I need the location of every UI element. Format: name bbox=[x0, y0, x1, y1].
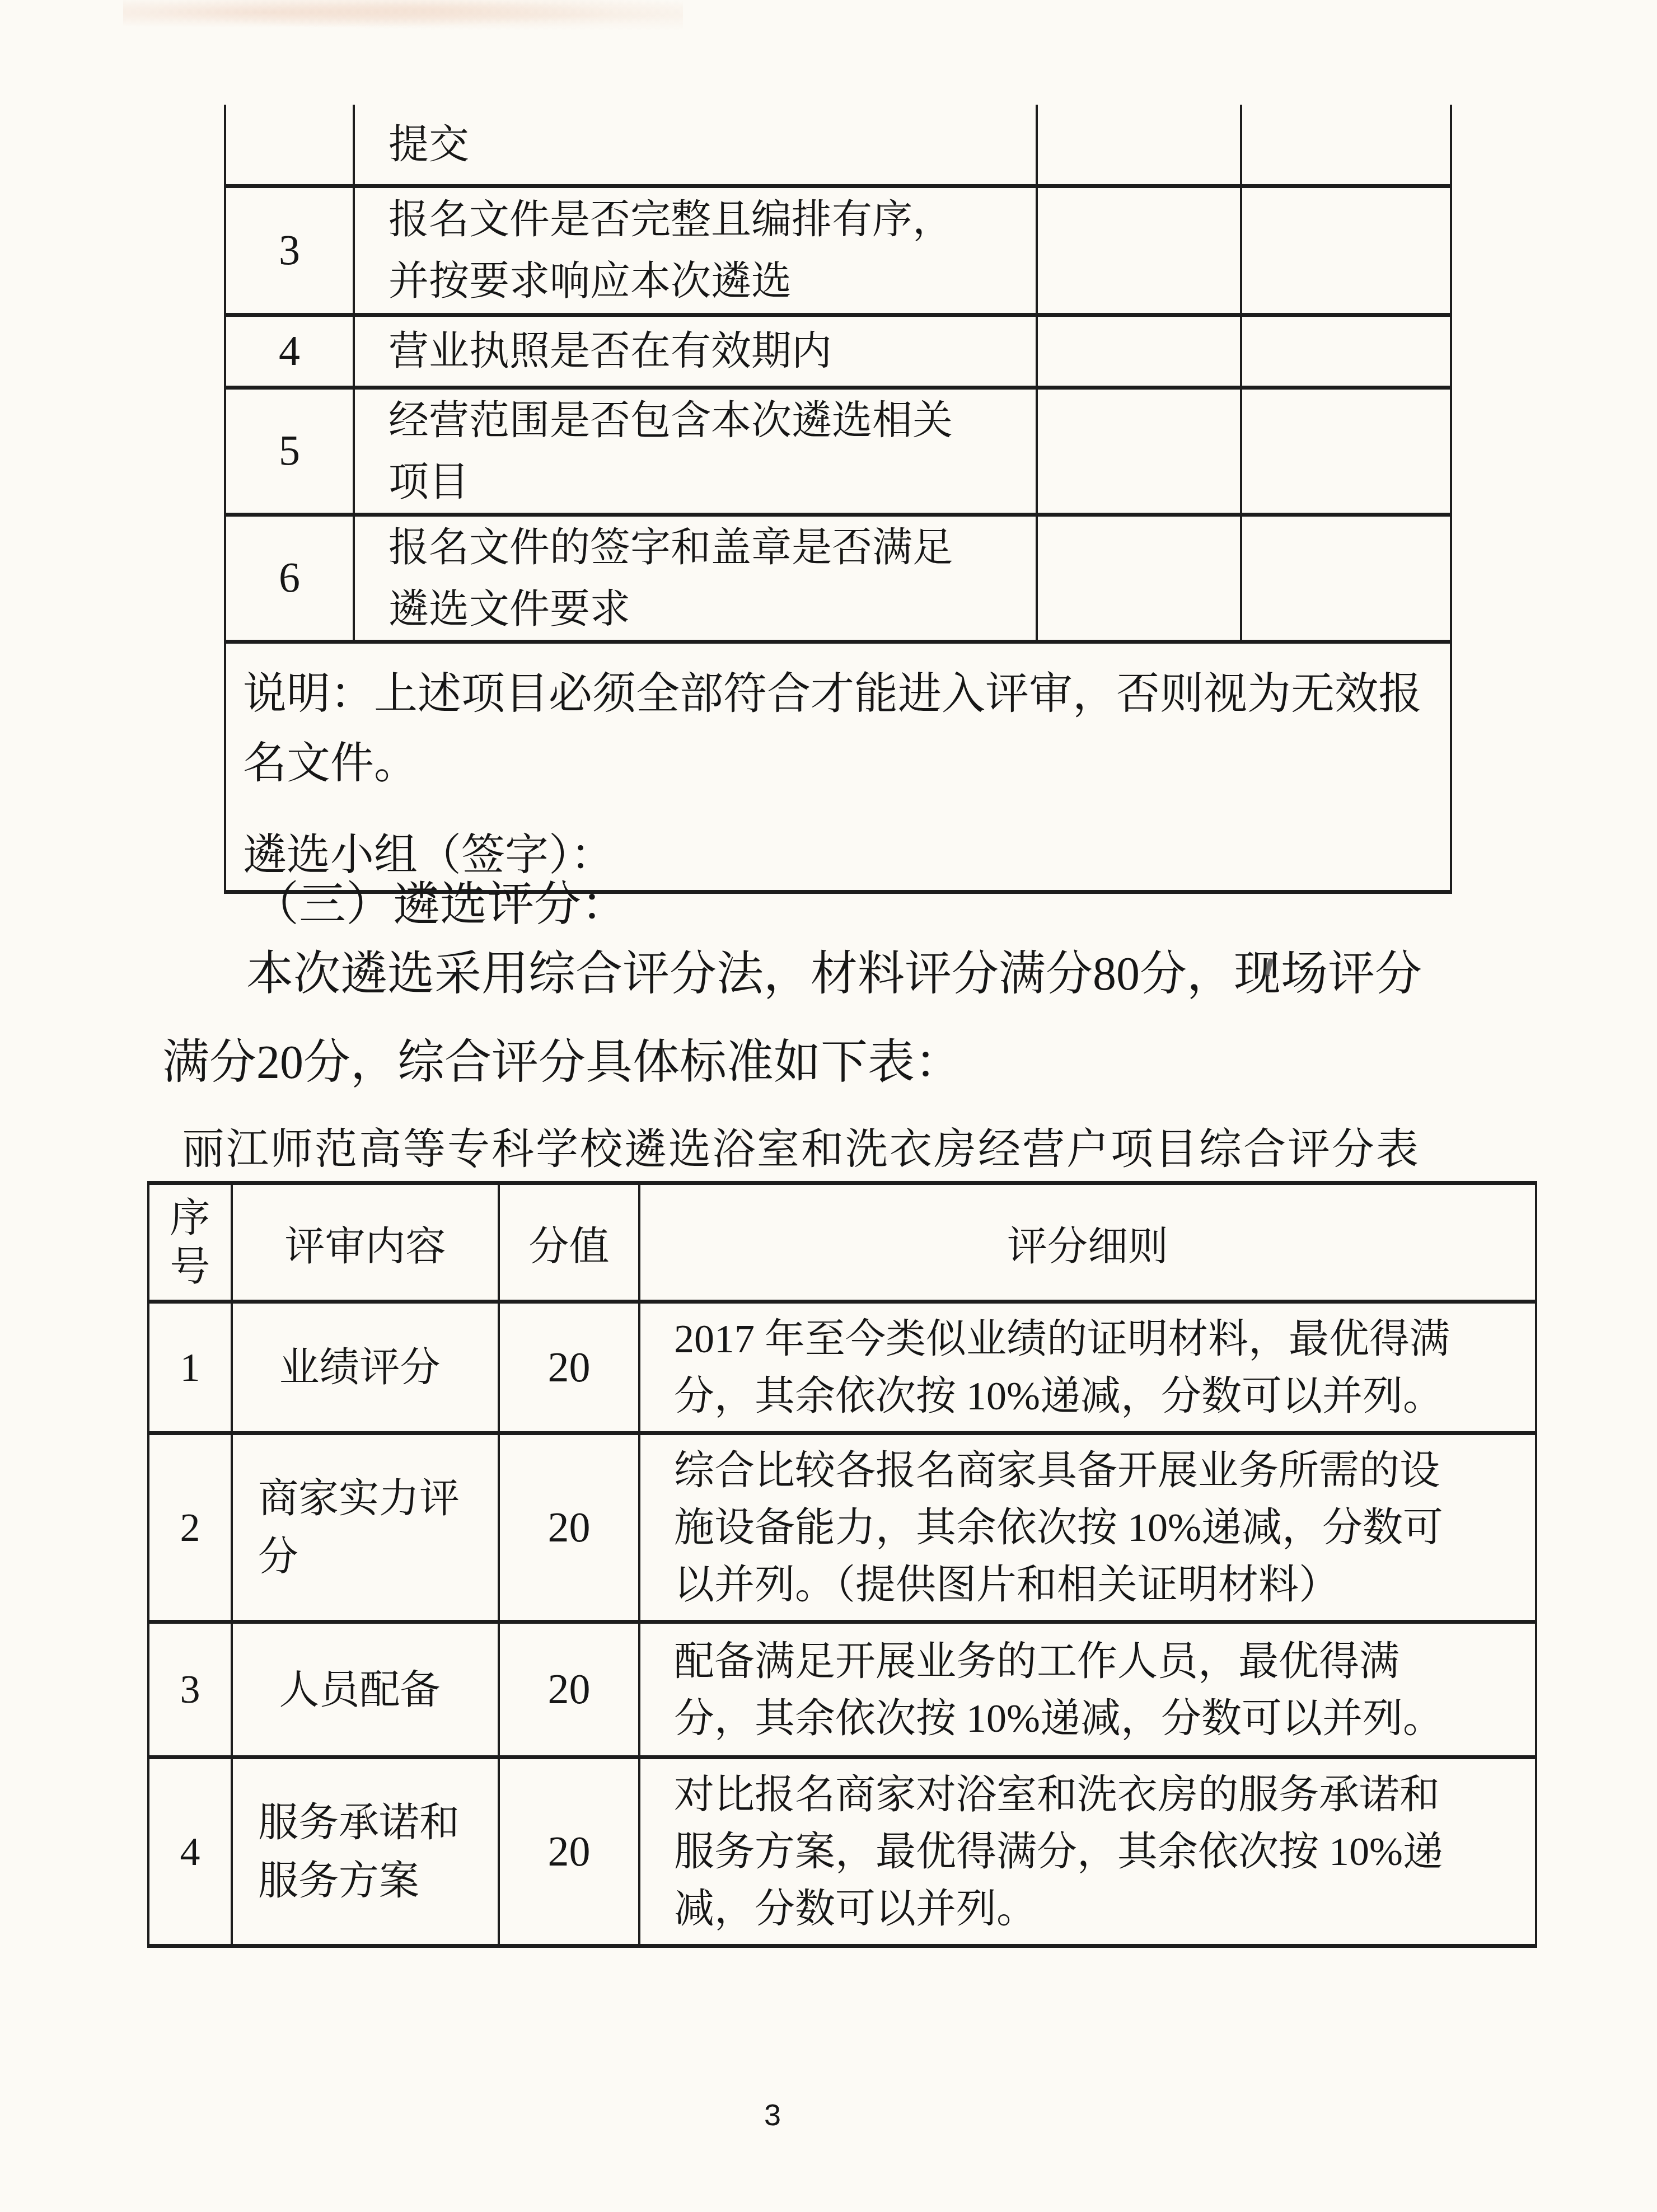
criteria-cell: 经营范围是否包含本次遴选相关项目 bbox=[354, 387, 1037, 514]
detail-cell: 2017 年至今类似业绩的证明材料，最优得满分，其余依次按 10%递减，分数可以… bbox=[639, 1302, 1536, 1433]
blank-cell bbox=[1241, 315, 1451, 387]
score-cell: 20 bbox=[499, 1622, 639, 1758]
scan-smudge bbox=[123, 0, 683, 31]
table-row: 3 人员配备 20 配备满足开展业务的工作人员，最优得满分，其余依次按 10%递… bbox=[148, 1622, 1536, 1758]
comprehensive-score-table: 序号 评审内容 分值 评分细则 1 业绩评分 20 2017 年至今类似业绩的证… bbox=[147, 1181, 1537, 1948]
blank-cell bbox=[1037, 315, 1241, 387]
header-seq-cell: 序号 bbox=[148, 1183, 232, 1302]
qualification-review-table: 提交 3 报名文件是否完整且编排有序，并按要求响应本次遴选 4 营业执照是否在有… bbox=[224, 105, 1452, 894]
seq-cell: 5 bbox=[225, 387, 354, 514]
table-row: 3 报名文件是否完整且编排有序，并按要求响应本次遴选 bbox=[225, 186, 1451, 315]
header-score-cell: 分值 bbox=[499, 1183, 639, 1302]
table-row: 4 服务承诺和服务方案 20 对比报名商家对浴室和洗衣房的服务承诺和服务方案，最… bbox=[148, 1758, 1536, 1946]
criteria-cell: 营业执照是否在有效期内 bbox=[354, 315, 1037, 387]
blank-cell bbox=[1037, 186, 1241, 315]
criteria-cell: 服务承诺和服务方案 bbox=[232, 1758, 499, 1946]
paragraph-line: 满分20分，综合评分具体标准如下表： bbox=[162, 1019, 1495, 1107]
criteria-cell: 商家实力评分 bbox=[232, 1433, 499, 1622]
header-content-cell: 评审内容 bbox=[232, 1183, 499, 1302]
seq-cell: 3 bbox=[148, 1622, 232, 1758]
note-text: 说明：上述项目必须全部符合才能进入评审，否则视为无效报名文件。 bbox=[243, 669, 1422, 788]
table-row: 1 业绩评分 20 2017 年至今类似业绩的证明材料，最优得满分，其余依次按 … bbox=[148, 1302, 1536, 1433]
seq-cell: 3 bbox=[225, 186, 354, 315]
blank-cell bbox=[1241, 387, 1451, 514]
table-row: 6 报名文件的签字和盖章是否满足遴选文件要求 bbox=[225, 514, 1451, 641]
seq-cell: 4 bbox=[148, 1758, 232, 1946]
score-cell: 20 bbox=[499, 1758, 639, 1946]
page-number: 3 bbox=[747, 2098, 798, 2133]
criteria-cell: 报名文件的签字和盖章是否满足遴选文件要求 bbox=[354, 514, 1037, 641]
intro-paragraph: 本次遴选采用综合评分法，材料评分满分80分，现场评分 满分20分，综合评分具体标… bbox=[162, 930, 1495, 1107]
blank-cell bbox=[1037, 387, 1241, 514]
detail-cell: 综合比较各报名商家具备开展业务所需的设施设备能力，其余依次按 10%递减，分数可… bbox=[639, 1433, 1536, 1622]
header-detail-cell: 评分细则 bbox=[639, 1183, 1536, 1302]
blank-cell bbox=[1241, 186, 1451, 315]
table-row: 提交 bbox=[225, 105, 1451, 186]
criteria-cell: 人员配备 bbox=[232, 1622, 499, 1758]
score-cell: 20 bbox=[499, 1302, 639, 1433]
criteria-cell: 提交 bbox=[354, 105, 1037, 186]
score-table-title: 丽江师范高等专科学校遴选浴室和洗衣房经营户项目综合评分表 bbox=[182, 1115, 1420, 1176]
seq-cell bbox=[225, 105, 354, 186]
blank-cell bbox=[1241, 105, 1451, 186]
criteria-cell: 报名文件是否完整且编排有序，并按要求响应本次遴选 bbox=[354, 186, 1037, 315]
scanned-document-page: 提交 3 报名文件是否完整且编排有序，并按要求响应本次遴选 4 营业执照是否在有… bbox=[0, 0, 1657, 2212]
seq-cell: 4 bbox=[225, 315, 354, 387]
seq-cell: 1 bbox=[148, 1302, 232, 1433]
score-cell: 20 bbox=[499, 1433, 639, 1622]
criteria-cell: 业绩评分 bbox=[232, 1302, 499, 1433]
detail-cell: 对比报名商家对浴室和洗衣房的服务承诺和服务方案，最优得满分，其余依次按 10%递… bbox=[639, 1758, 1536, 1946]
blank-cell bbox=[1241, 514, 1451, 641]
seq-cell: 2 bbox=[148, 1433, 232, 1622]
header-row: 序号 评审内容 分值 评分细则 bbox=[148, 1183, 1536, 1302]
header-seq-label: 序号 bbox=[169, 1194, 212, 1291]
note-cell: 说明：上述项目必须全部符合才能进入评审，否则视为无效报名文件。 遴选小组（签字）… bbox=[225, 641, 1451, 892]
blank-cell bbox=[1037, 514, 1241, 641]
note-row: 说明：上述项目必须全部符合才能进入评审，否则视为无效报名文件。 遴选小组（签字）… bbox=[225, 641, 1451, 892]
paragraph-line: 本次遴选采用综合评分法，材料评分满分80分，现场评分 bbox=[162, 930, 1495, 1019]
table-row: 2 商家实力评分 20 综合比较各报名商家具备开展业务所需的设施设备能力，其余依… bbox=[148, 1433, 1536, 1622]
blank-cell bbox=[1037, 105, 1241, 186]
table-row: 5 经营范围是否包含本次遴选相关项目 bbox=[225, 387, 1451, 514]
section-heading: （三）遴选评分： bbox=[252, 866, 628, 934]
seq-cell: 6 bbox=[225, 514, 354, 641]
detail-cell: 配备满足开展业务的工作人员，最优得满分，其余依次按 10%递减，分数可以并列。 bbox=[639, 1622, 1536, 1758]
table-row: 4 营业执照是否在有效期内 bbox=[225, 315, 1451, 387]
